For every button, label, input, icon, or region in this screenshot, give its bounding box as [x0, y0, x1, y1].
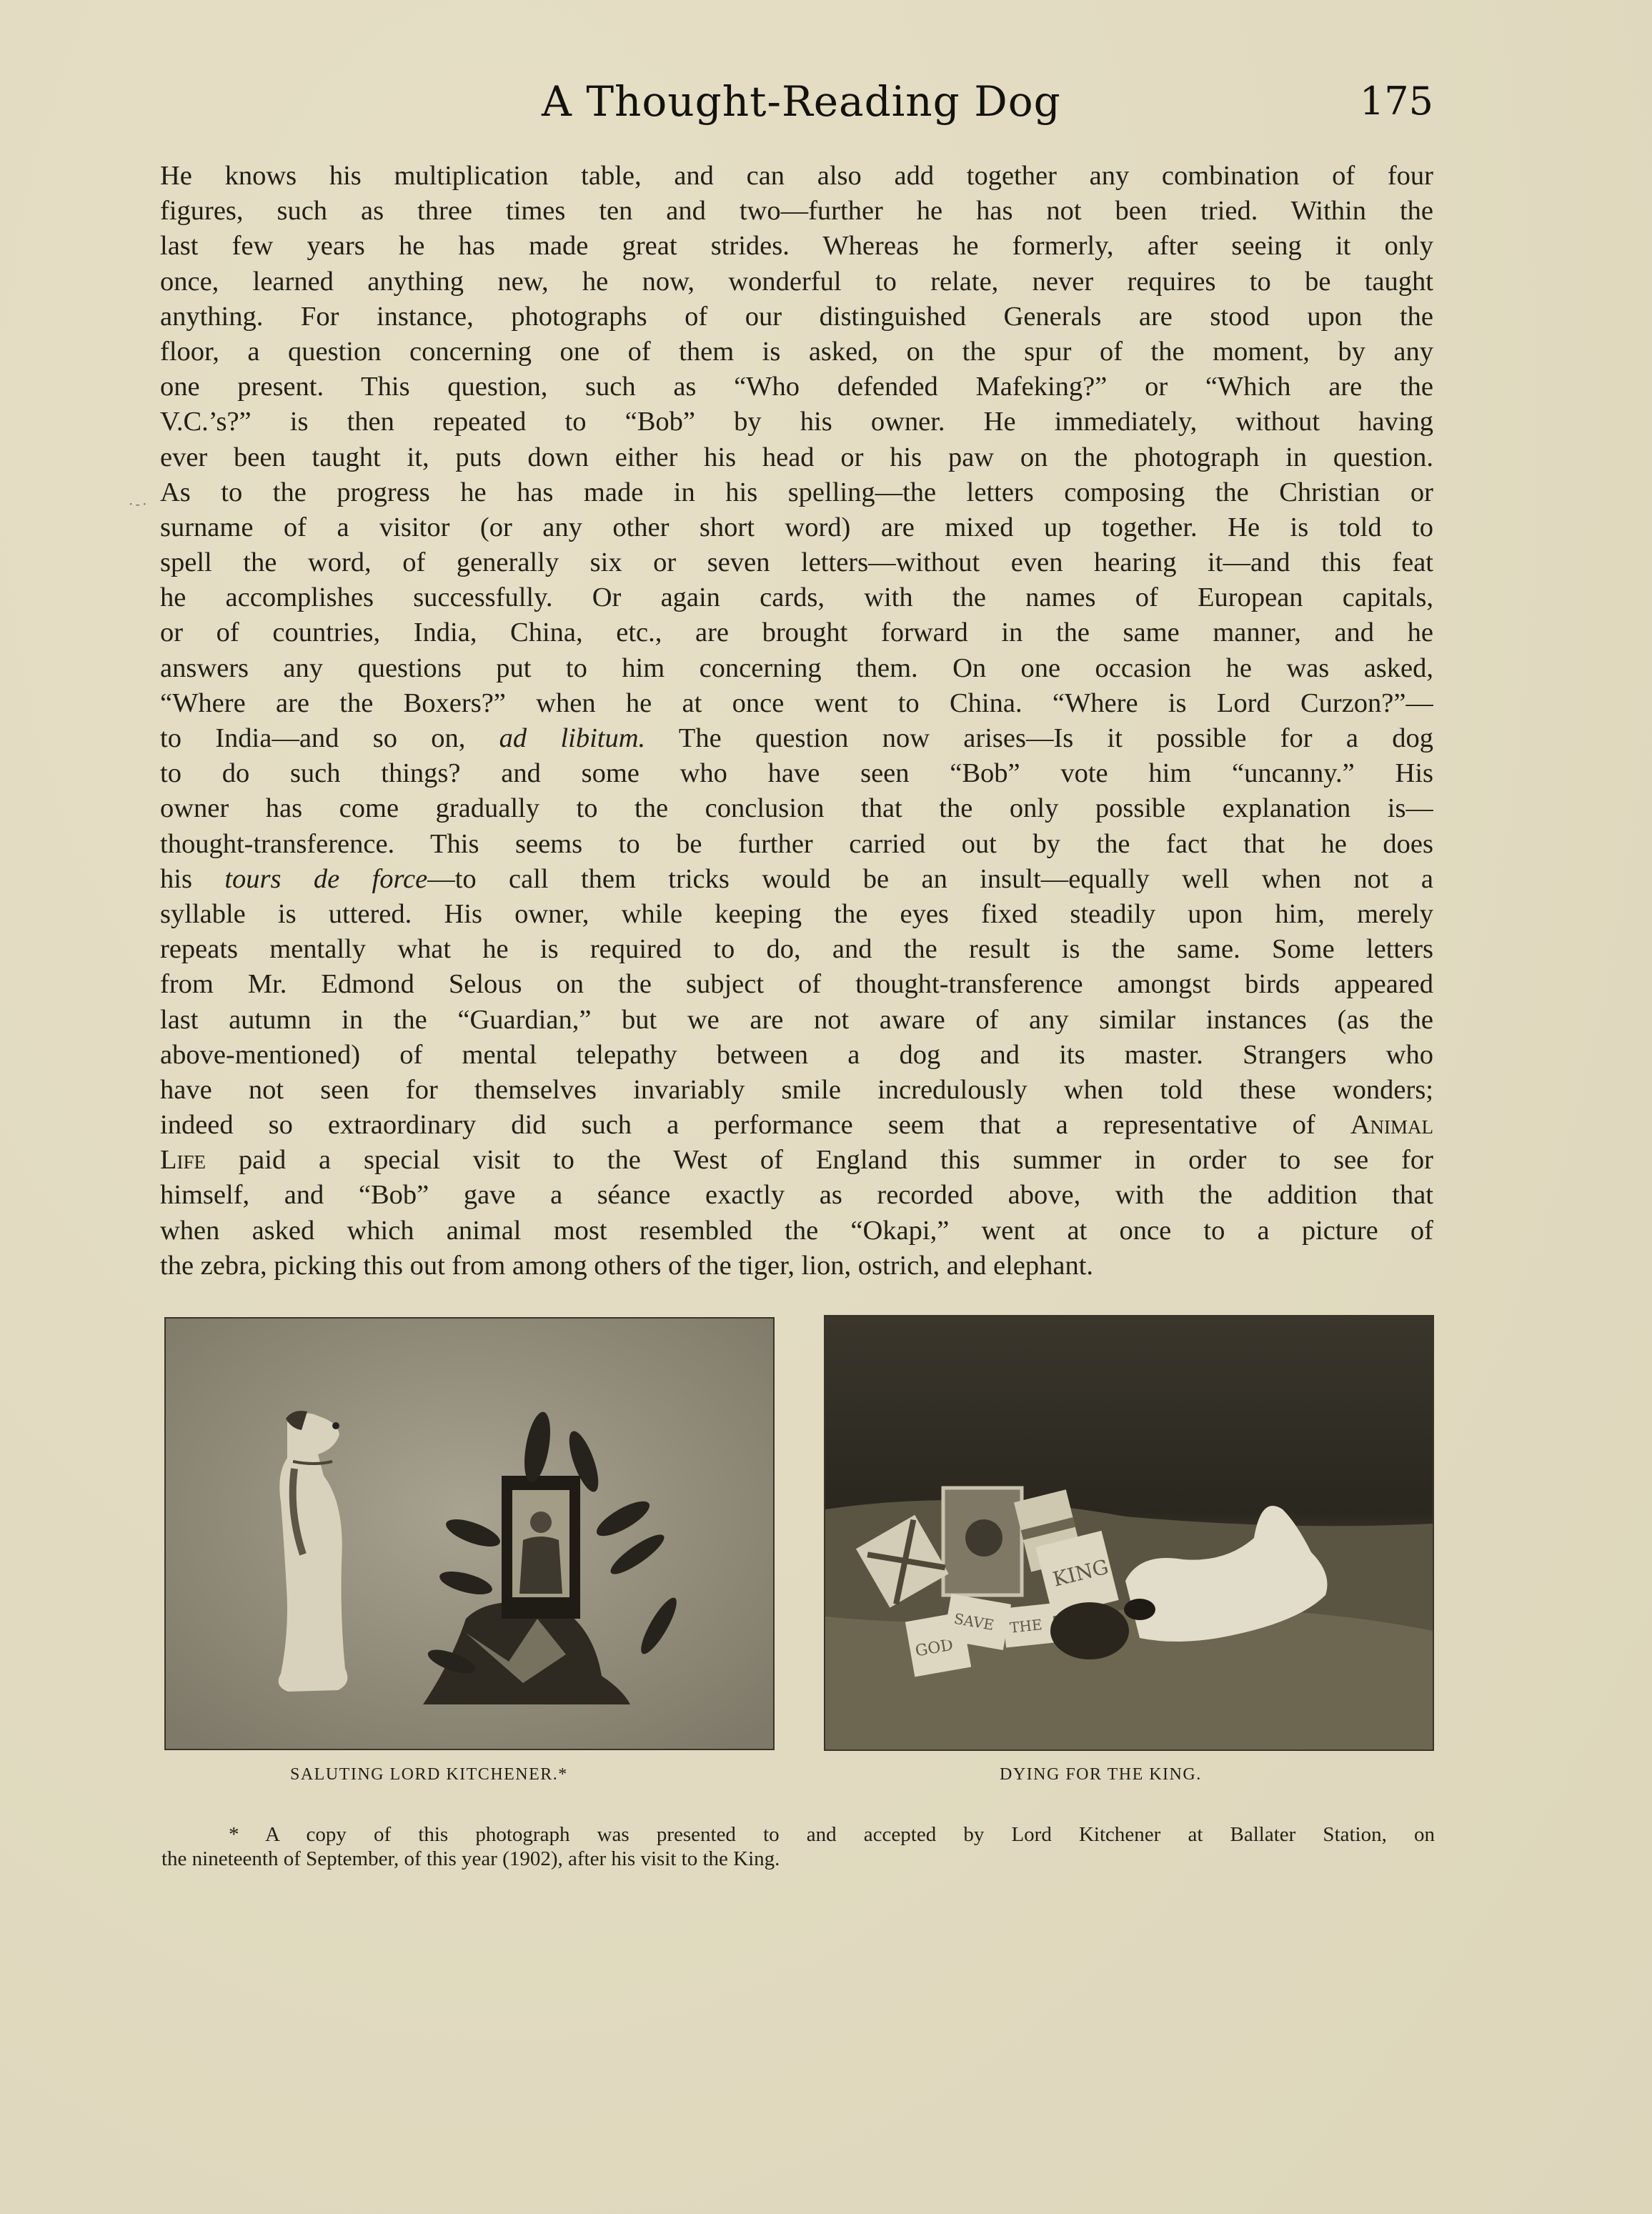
text-line: spell the word, of generally six or seve… [160, 545, 1433, 580]
text-line: Life paid a special visit to the West of… [160, 1143, 1433, 1178]
text-line: once, learned anything new, he now, wond… [160, 264, 1433, 299]
photo-illustration: GOD SAVE THE KING [825, 1316, 1433, 1749]
photo-illustration [166, 1319, 773, 1749]
article-body: He knows his multiplication table, and c… [160, 159, 1433, 1284]
text-line: when asked which animal most resembled t… [160, 1213, 1433, 1249]
small-caps-phrase: Life [160, 1145, 206, 1175]
text-line: from Mr. Edmond Selous on the subject of… [160, 967, 1433, 1002]
italic-phrase: ad libitum. [499, 723, 646, 753]
text-line: above-mentioned) of mental telepathy bet… [160, 1038, 1433, 1073]
text-line: to India—and so on, ad libitum. The ques… [160, 721, 1433, 756]
text-segment: to India—and so on, [160, 723, 465, 753]
text-line: last few years he has made great strides… [160, 229, 1433, 264]
text-line: anything. For instance, photographs of o… [160, 299, 1433, 334]
footnote-line: the nineteenth of September, of this yea… [161, 1847, 1435, 1871]
text-segment: paid a special visit to the West of Engl… [239, 1145, 1433, 1175]
text-line: surname of a visitor (or any other short… [160, 510, 1433, 545]
text-line: his tours de force—to call them tricks w… [160, 862, 1433, 897]
page-header: A Thought-Reading Dog 175 [163, 77, 1433, 134]
text-line: V.C.’s?” is then repeated to “Bob” by hi… [160, 404, 1433, 440]
text-line: or of countries, India, China, etc., are… [160, 615, 1433, 650]
text-line: indeed so extraordinary did such a perfo… [160, 1108, 1433, 1143]
text-line: floor, a question concerning one of them… [160, 334, 1433, 369]
running-title: A Thought-Reading Dog [542, 77, 1061, 126]
text-line: syllable is uttered. His owner, while ke… [160, 897, 1433, 932]
text-line: to do such things? and some who have see… [160, 756, 1433, 791]
text-line: himself, and “Bob” gave a séance exactly… [160, 1178, 1433, 1213]
text-line: he accomplishes successfully. Or again c… [160, 580, 1433, 615]
caption-left: SALUTING LORD KITCHENER.* [290, 1765, 568, 1784]
photo-dying-for-the-king: GOD SAVE THE KING [824, 1315, 1434, 1751]
text-segment: his [160, 864, 192, 894]
text-line: last autumn in the “Guardian,” but we ar… [160, 1003, 1433, 1038]
text-line: He knows his multiplication table, and c… [160, 159, 1433, 194]
italic-phrase: tours de force [224, 864, 427, 894]
text-line: one present. This question, such as “Who… [160, 369, 1433, 404]
text-line: owner has come gradually to the conclusi… [160, 791, 1433, 826]
svg-text:THE: THE [1009, 1616, 1043, 1637]
text-line: ever been taught it, puts down either hi… [160, 440, 1433, 475]
text-line: thought-transference. This seems to be f… [160, 827, 1433, 862]
text-segment: —to call them tricks would be an insult—… [427, 864, 1433, 894]
text-line: As to the progress he has made in his sp… [160, 475, 1433, 510]
photo-saluting-lord-kitchener [164, 1317, 775, 1750]
text-line: repeats mentally what he is required to … [160, 932, 1433, 967]
page-number: 175 [1360, 79, 1433, 124]
small-caps-phrase: Animal [1350, 1110, 1433, 1140]
text-segment: indeed so extraordinary did such a perfo… [160, 1110, 1315, 1140]
text-line: the zebra, picking this out from among o… [160, 1249, 1433, 1284]
caption-right: DYING FOR THE KING. [1000, 1765, 1202, 1784]
text-line: figures, such as three times ten and two… [160, 194, 1433, 229]
footnote: * A copy of this photograph was presente… [161, 1822, 1435, 1871]
text-line: have not seen for themselves invariably … [160, 1073, 1433, 1108]
text-line: answers any questions put to him concern… [160, 651, 1433, 686]
text-line: “Where are the Boxers?” when he at once … [160, 686, 1433, 721]
footnote-line: * A copy of this photograph was presente… [161, 1822, 1435, 1847]
margin-mark: ·-· [129, 495, 149, 512]
text-segment: The question now arises—Is it possible f… [679, 723, 1433, 753]
card-the: THE [1002, 1603, 1055, 1647]
